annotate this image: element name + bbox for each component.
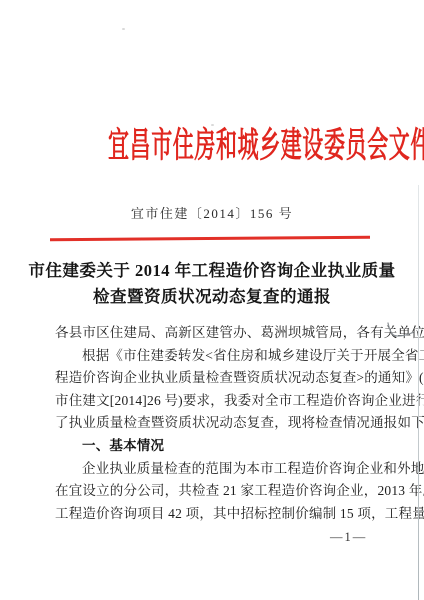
body-line: 程造价咨询企业执业质量检查暨资质状况动态复查>的通知》(宜 [55, 367, 371, 390]
body-line: 市住建文[2014]26 号)要求，我委对全市工程造价咨询企业进行 [55, 390, 371, 413]
body-line-salutation: 各县市区住建局、高新区建管办、葛洲坝城管局，各有关单位： [55, 322, 371, 345]
scan-edge-shadow [418, 185, 419, 600]
document-title-line-2: 检查暨资质状况动态复查的通报 [0, 284, 424, 310]
document-body: 各县市区住建局、高新区建管办、葛洲坝城管局，各有关单位： 根据《市住建委转发<省… [55, 322, 371, 525]
body-line: 了执业质量检查暨资质状况动态复查，现将检查情况通报如下： [55, 412, 371, 435]
body-line: 根据《市住建委转发<省住房和城乡建设厅关于开展全省工 [55, 345, 371, 368]
document-title: 市住建委关于 2014 年工程造价咨询企业执业质量 检查暨资质状况动态复查的通报 [0, 258, 424, 310]
scanned-document-page: 宜昌市住房和城乡建设委员会文件 宜市住建〔2014〕156 号 市住建委关于 2… [0, 0, 424, 600]
body-line: 在宜设立的分公司，共检查 21 家工程造价咨询企业，2013 年度 [55, 480, 371, 503]
red-header-separator [50, 236, 370, 242]
pen-checkmark-annotation [385, 322, 415, 344]
page-number: —1— [330, 530, 367, 545]
document-title-line-1: 市住建委关于 2014 年工程造价咨询企业执业质量 [0, 258, 424, 284]
issuing-agency-title: 宜昌市住房和城乡建设委员会文件 [108, 124, 424, 168]
section-heading-basic-situation: 一、基本情况 [55, 435, 371, 458]
body-line: 企业执业质量检查的范围为本市工程造价咨询企业和外地 [55, 458, 371, 481]
document-number: 宜市住建〔2014〕156 号 [0, 203, 424, 222]
document-header: 宜昌市住房和城乡建设委员会文件 [0, 124, 424, 168]
body-line: 工程造价咨询项目 42 项，其中招标控制价编制 15 项，工程量清 [55, 503, 371, 526]
scan-speck [122, 28, 125, 30]
